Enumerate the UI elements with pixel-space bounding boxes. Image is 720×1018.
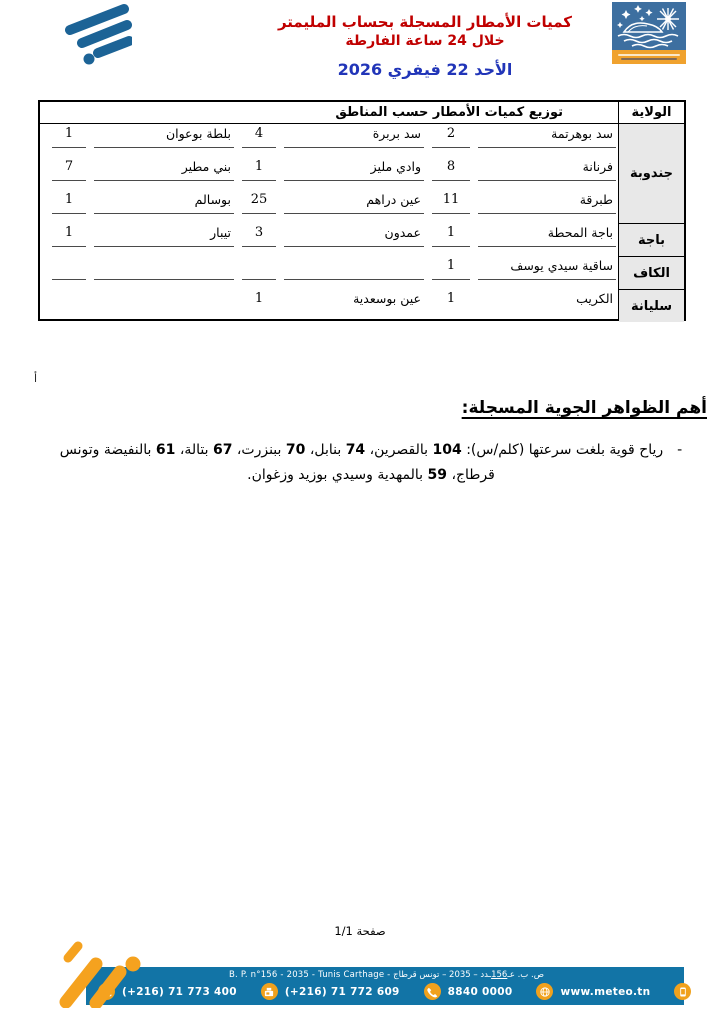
station-cell: الكريب [478, 289, 616, 313]
handset-icon [424, 983, 441, 1000]
wind-speed-value: 61 [156, 442, 175, 458]
wind-speed-value: 67 [213, 442, 232, 458]
stray-mark: أ [34, 372, 37, 385]
value-cell: 3 [242, 223, 276, 247]
station-cell: بلطة بوعوان [94, 124, 234, 148]
document-page: كميات الأمطار المسجلة بحساب المليمتر خلا… [0, 0, 720, 1018]
wind-speed-value: 74 [346, 442, 365, 458]
distribution-column-header: توزيع كميات الأمطار حسب المناطق [40, 102, 618, 124]
value-cell [52, 256, 86, 280]
station-cell [94, 256, 234, 280]
value-cell: 1 [52, 124, 86, 148]
table-row: ساقية سيدي يوسف1 [40, 256, 618, 289]
governorate-cell: باجة [619, 223, 684, 256]
station-cell: بوسالم [94, 190, 234, 214]
sms-icon [674, 983, 691, 1000]
table-row: باجة المحطة1عمدون3تيبار1 [40, 223, 618, 256]
phenomena-text: بالمهدية وسيدي بوزيد وزغوان. [247, 467, 427, 483]
value-cell: 1 [52, 223, 86, 247]
phenomena-text: بتالة، [175, 442, 213, 458]
footer-address-latin: B. P. n°156 - 2035 - Tunis Carthage - [229, 970, 390, 980]
footer-stripes-decoration [56, 938, 156, 1008]
contact-label: 8840 0000 [448, 986, 513, 998]
value-cell [52, 289, 86, 313]
value-cell: 1 [432, 256, 470, 280]
governorate-column-header: الولاية [619, 102, 684, 124]
governorate-cell: سليانة [619, 289, 684, 322]
value-cell: 1 [242, 157, 276, 181]
footer-address-arabic: ص. ب. عـ156ـدد – 2035 – تونس قرطاج [393, 970, 544, 980]
footer-contact-bar: ص. ب. عـ156ـدد – 2035 – تونس قرطاج B. P.… [86, 967, 684, 1005]
value-cell: 1 [52, 190, 86, 214]
contact-label: 85012 [698, 986, 720, 998]
station-cell: طبرقة [478, 190, 616, 214]
contact-item: (+216) 71 772 609 [261, 983, 400, 1000]
station-cell: عمدون [284, 223, 424, 247]
fax-icon [261, 983, 278, 1000]
station-cell: وادي مليز [284, 157, 424, 181]
inm-logo-emblem [612, 2, 686, 50]
meteo-strokes-logo [36, 2, 132, 68]
phenomena-paragraph: -رياح قوية بلغت سرعتها (كلم/س): 104 بالق… [46, 438, 696, 488]
globe-icon [536, 983, 553, 1000]
governorate-column: الولاية جندوبةباجةالكافسليانة [618, 102, 684, 319]
station-cell [284, 256, 424, 280]
station-cell: باجة المحطة [478, 223, 616, 247]
value-cell: 1 [242, 289, 276, 313]
table-row: فرنانة8وادي مليز1بني مطير7 [40, 157, 618, 190]
value-cell: 2 [432, 124, 470, 148]
page-number: صفحة 1/1 [0, 924, 720, 938]
value-cell: 25 [242, 190, 276, 214]
table-row: الكريب1عين بوسعدية1 [40, 289, 618, 322]
value-cell: 1 [432, 289, 470, 313]
phenomena-text: بالقصرين، [365, 442, 432, 458]
value-cell: 11 [432, 190, 470, 214]
value-cell: 7 [52, 157, 86, 181]
table-row: طبرقة11عين دراهم25بوسالم1 [40, 190, 618, 223]
phenomena-text: بنابل، [305, 442, 345, 458]
governorate-cell: جندوبة [619, 124, 684, 223]
value-cell: 1 [432, 223, 470, 247]
distribution-column: توزيع كميات الأمطار حسب المناطق سد بوهرت… [40, 102, 618, 319]
phenomena-text: ببنزرت، [232, 442, 285, 458]
station-cell: عين بوسعدية [284, 289, 424, 313]
contact-item: 8840 0000 [424, 983, 513, 1000]
wind-speed-value: 70 [286, 442, 305, 458]
inm-logo [612, 2, 686, 64]
contact-item: www.meteo.tn [536, 983, 650, 1000]
station-cell: فرنانة [478, 157, 616, 181]
phenomena-heading: أهم الظواهر الجوية المسجلة: [462, 398, 707, 418]
station-cell: سد بربرة [284, 124, 424, 148]
table-row: سد بوهرتمة2سد بربرة4بلطة بوعوان1 [40, 124, 618, 157]
bullet-dash: - [677, 442, 682, 458]
wind-speed-value: 59 [428, 467, 447, 483]
contact-item: 85012 [674, 983, 720, 1000]
value-cell [242, 256, 276, 280]
contact-label: www.meteo.tn [560, 986, 650, 998]
station-cell: عين دراهم [284, 190, 424, 214]
rainfall-table: الولاية جندوبةباجةالكافسليانة توزيع كميا… [38, 100, 686, 321]
station-cell: بني مطير [94, 157, 234, 181]
wind-speed-value: 104 [433, 442, 462, 458]
governorate-cell: الكاف [619, 256, 684, 289]
station-cell [94, 289, 234, 313]
station-cell: تيبار [94, 223, 234, 247]
value-cell: 8 [432, 157, 470, 181]
value-cell: 4 [242, 124, 276, 148]
station-cell: ساقية سيدي يوسف [478, 256, 616, 280]
footer-contacts-row: (+216) 71 773 400(+216) 71 772 6098840 0… [86, 983, 684, 1000]
logo-dot [84, 54, 95, 65]
station-cell: سد بوهرتمة [478, 124, 616, 148]
inm-logo-caption-band [612, 50, 686, 64]
footer-address: ص. ب. عـ156ـدد – 2035 – تونس قرطاج B. P.… [86, 970, 684, 980]
phenomena-text: رياح قوية بلغت سرعتها (كلم/س): [462, 442, 663, 458]
contact-label: (+216) 71 772 609 [285, 986, 400, 998]
